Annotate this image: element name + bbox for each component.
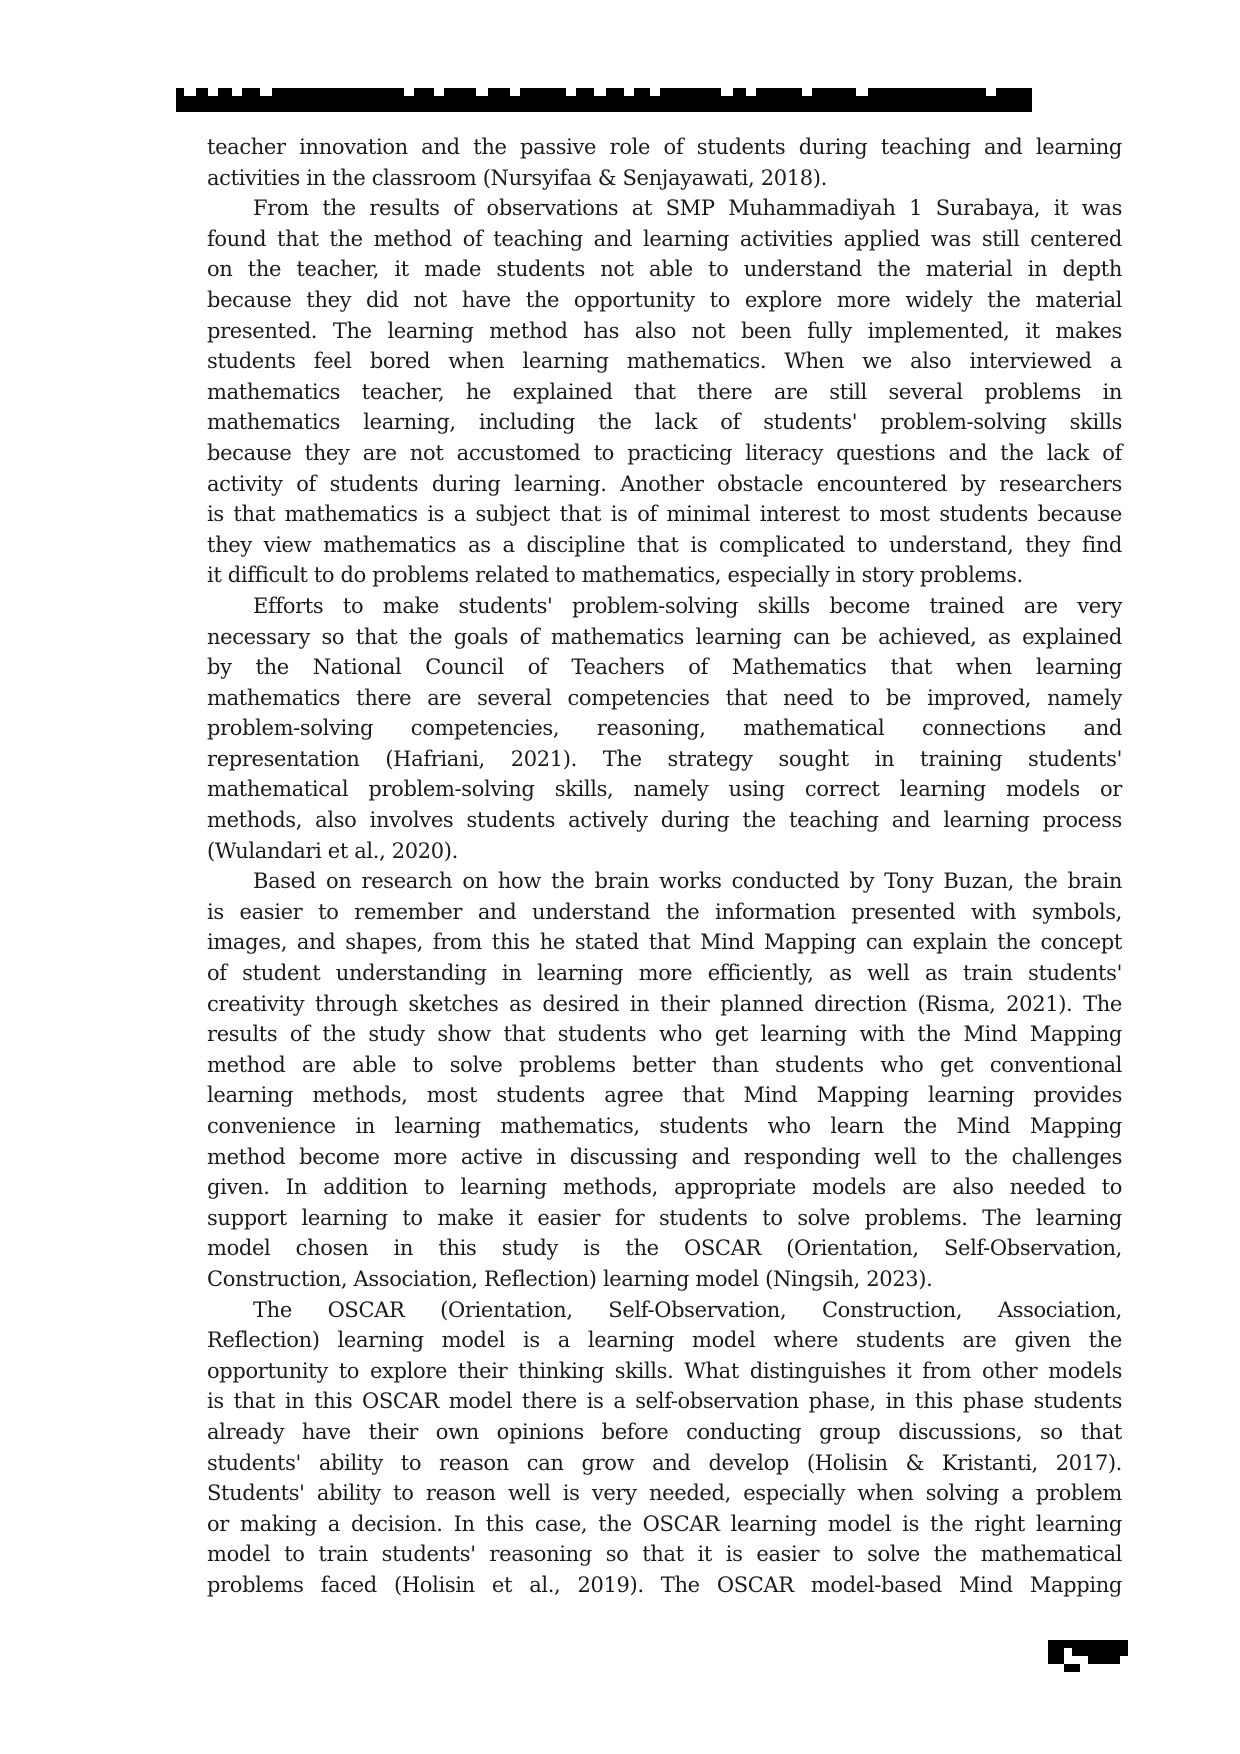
text-line: method become more active in discussing … bbox=[207, 1142, 1122, 1173]
text-line: mathematics learning, including the lack… bbox=[207, 407, 1122, 438]
header-redaction-notch bbox=[260, 88, 272, 96]
text-line: is that mathematics is a subject that is… bbox=[207, 499, 1122, 530]
text-line: is easier to remember and understand the… bbox=[207, 897, 1122, 928]
text-line: on the teacher, it made students not abl… bbox=[207, 254, 1122, 285]
header-redaction-notch bbox=[986, 88, 996, 96]
text-line: of student understanding in learning mor… bbox=[207, 958, 1122, 989]
text-line: method are able to solve problems better… bbox=[207, 1050, 1122, 1081]
text-line: model to train students' reasoning so th… bbox=[207, 1539, 1122, 1570]
text-line: presented. The learning method has also … bbox=[207, 316, 1122, 347]
text-line: Based on research on how the brain works… bbox=[207, 866, 1122, 897]
page-number-redacted bbox=[1048, 1640, 1128, 1664]
redaction-notch bbox=[1120, 1656, 1128, 1664]
text-line: students feel bored when learning mathem… bbox=[207, 346, 1122, 377]
paragraph: The OSCAR (Orientation, Self-Observation… bbox=[207, 1295, 1122, 1601]
header-redaction-notch bbox=[721, 88, 733, 96]
text-line: because they did not have the opportunit… bbox=[207, 285, 1122, 316]
header-redaction-notch bbox=[232, 88, 242, 96]
text-line: by the National Council of Teachers of M… bbox=[207, 652, 1122, 683]
text-line: learning methods, most students agree th… bbox=[207, 1080, 1122, 1111]
text-line: activities in the classroom (Nursyifaa &… bbox=[207, 163, 1122, 194]
text-line: mathematics there are several competenci… bbox=[207, 683, 1122, 714]
redaction-notch bbox=[1072, 1656, 1088, 1664]
header-redaction-notch bbox=[566, 88, 576, 96]
redaction-tail bbox=[1064, 1664, 1080, 1672]
text-line: Construction, Association, Reflection) l… bbox=[207, 1264, 1122, 1295]
text-line: representation (Hafriani, 2021). The str… bbox=[207, 744, 1122, 775]
paragraph: Efforts to make students' problem-solvin… bbox=[207, 591, 1122, 866]
text-line: they view mathematics as a discipline th… bbox=[207, 530, 1122, 561]
text-line: given. In addition to learning methods, … bbox=[207, 1172, 1122, 1203]
text-line: students' ability to reason can grow and… bbox=[207, 1448, 1122, 1479]
header-redaction-notch bbox=[510, 88, 520, 96]
header-redaction-notch bbox=[208, 88, 218, 96]
paragraph: teacher innovation and the passive role … bbox=[207, 132, 1122, 193]
text-line: opportunity to explore their thinking sk… bbox=[207, 1356, 1122, 1387]
header-redaction-notch bbox=[404, 88, 414, 96]
paragraph: Based on research on how the brain works… bbox=[207, 866, 1122, 1294]
text-line: creativity through sketches as desired i… bbox=[207, 989, 1122, 1020]
text-line: found that the method of teaching and le… bbox=[207, 224, 1122, 255]
text-line: problem-solving competencies, reasoning,… bbox=[207, 713, 1122, 744]
text-line: Reflection) learning model is a learning… bbox=[207, 1325, 1122, 1356]
running-header-redacted bbox=[176, 88, 1032, 112]
header-redaction-notch bbox=[802, 88, 812, 96]
text-line: From the results of observations at SMP … bbox=[207, 193, 1122, 224]
header-redaction-notch bbox=[594, 88, 606, 96]
text-line: methods, also involves students actively… bbox=[207, 805, 1122, 836]
paragraph: From the results of observations at SMP … bbox=[207, 193, 1122, 591]
text-line: activity of students during learning. An… bbox=[207, 469, 1122, 500]
document-page: teacher innovation and the passive role … bbox=[0, 0, 1240, 1754]
text-line: mathematical problem-solving skills, nam… bbox=[207, 774, 1122, 805]
text-line: already have their own opinions before c… bbox=[207, 1417, 1122, 1448]
text-line: model chosen in this study is the OSCAR … bbox=[207, 1233, 1122, 1264]
header-redaction-notch bbox=[434, 88, 444, 96]
text-line: mathematics teacher, he explained that t… bbox=[207, 377, 1122, 408]
text-line: (Wulandari et al., 2020). bbox=[207, 836, 1122, 867]
text-line: results of the study show that students … bbox=[207, 1019, 1122, 1050]
text-line: convenience in learning mathematics, stu… bbox=[207, 1111, 1122, 1142]
header-redaction-notch bbox=[856, 88, 868, 96]
text-line: necessary so that the goals of mathemati… bbox=[207, 622, 1122, 653]
text-line: or making a decision. In this case, the … bbox=[207, 1509, 1122, 1540]
header-redaction-notch bbox=[650, 88, 660, 96]
text-line: Students' ability to reason well is very… bbox=[207, 1478, 1122, 1509]
header-redaction-notch bbox=[184, 88, 196, 96]
header-redaction-notch bbox=[624, 88, 634, 96]
text-line: it difficult to do problems related to m… bbox=[207, 560, 1122, 591]
body-text: teacher innovation and the passive role … bbox=[207, 132, 1122, 1601]
text-line: The OSCAR (Orientation, Self-Observation… bbox=[207, 1295, 1122, 1326]
text-line: Efforts to make students' problem-solvin… bbox=[207, 591, 1122, 622]
text-line: problems faced (Holisin et al., 2019). T… bbox=[207, 1570, 1122, 1601]
text-line: support learning to make it easier for s… bbox=[207, 1203, 1122, 1234]
text-line: teacher innovation and the passive role … bbox=[207, 132, 1122, 163]
header-redaction-notch bbox=[476, 88, 488, 96]
text-line: is that in this OSCAR model there is a s… bbox=[207, 1386, 1122, 1417]
text-line: images, and shapes, from this he stated … bbox=[207, 927, 1122, 958]
header-redaction-notch bbox=[746, 88, 756, 96]
text-line: because they are not accustomed to pract… bbox=[207, 438, 1122, 469]
redaction-notch bbox=[1064, 1648, 1072, 1664]
